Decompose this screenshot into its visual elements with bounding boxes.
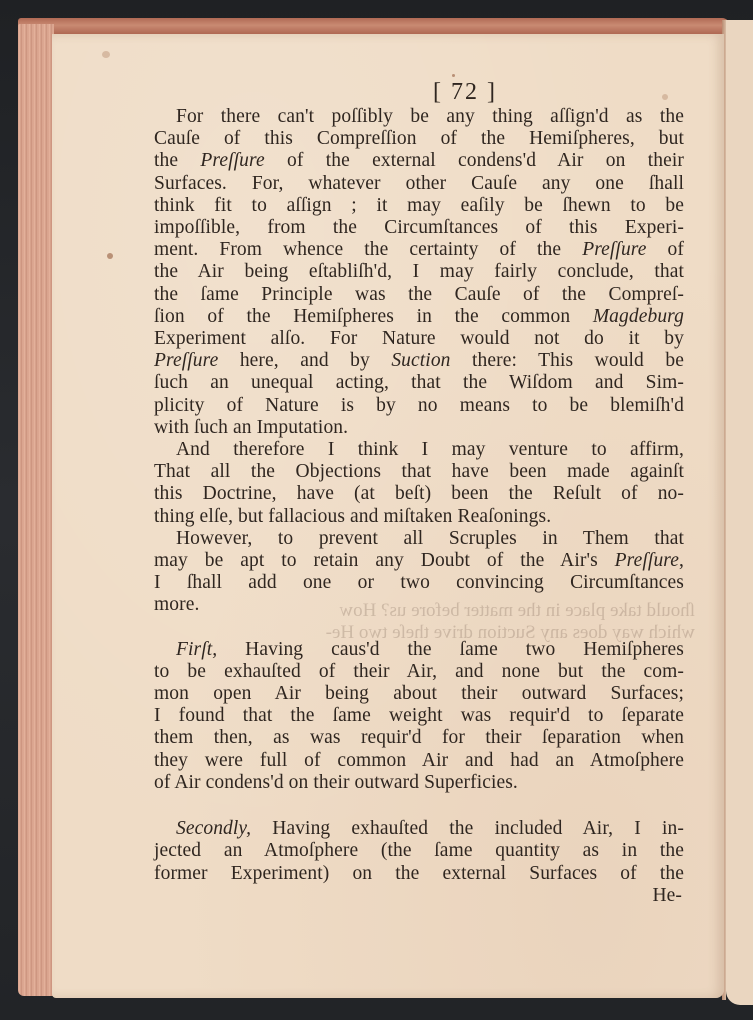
text-line: the ſame Principle was the Cauſe of the …: [154, 284, 684, 306]
italic-word: Preſſure: [154, 350, 218, 371]
text-line: For there can't poſſibly be any thing aſ…: [154, 106, 684, 128]
text-line: them then, as was requir'd for their ſep…: [154, 727, 684, 749]
text-line: mon open Air being about their outward S…: [154, 683, 684, 705]
text-line: of Air condens'd on their outward Superf…: [154, 772, 684, 794]
paragraph-gap: [154, 617, 684, 639]
text-line: However, to prevent all Scruples in Them…: [154, 528, 684, 550]
foxing-spot: [102, 51, 110, 58]
paragraph: And therefore I think I may venture to a…: [154, 439, 684, 528]
page-number: [ 72 ]: [246, 78, 684, 106]
text-line: And therefore I think I may venture to a…: [154, 439, 684, 461]
italic-word: Preſſure: [582, 239, 646, 260]
paragraph-gap: [154, 794, 684, 818]
text-line: thing elſe, but fallacious and miſtaken …: [154, 506, 684, 528]
text-line: former Experiment) on the external Surfa…: [154, 863, 684, 885]
text-line: to be exhauſted of their Air, and none b…: [154, 661, 684, 683]
text-line: with ſuch an Imputation.: [154, 417, 684, 439]
text-line: ſion of the Hemiſpheres in the common Ma…: [154, 306, 684, 328]
text-line: the Air being eſtabliſh'd, I may fairly …: [154, 261, 684, 283]
text-line: plicity of Nature is by no means to be b…: [154, 395, 684, 417]
text-line: they were full of common Air and had an …: [154, 750, 684, 772]
text-line: ment. From whence the certainty of the P…: [154, 239, 684, 261]
foxing-spot: [452, 74, 455, 77]
italic-word: Magdeburg: [593, 306, 684, 327]
italic-word: Preſſure: [615, 550, 679, 571]
text-line: I ſhall add one or two convincing Circum…: [154, 572, 684, 594]
text-line: Preſſure here, and by Suction there: Thi…: [154, 350, 684, 372]
foxing-spot: [107, 253, 113, 259]
text-line: may be apt to retain any Doubt of the Ai…: [154, 550, 684, 572]
page-text: [ 72 ] For there can't poſſibly be any t…: [154, 78, 684, 907]
text-line: more.: [154, 594, 684, 616]
text-line: think fit to aſſign ; it may eaſily be ſ…: [154, 195, 684, 217]
text-line: jected an Atmoſphere (the ſame quantity …: [154, 840, 684, 862]
scan-background: ſhould take place in the matter before u…: [0, 0, 753, 1020]
text-line-rest: Having caus'd the ſame two Hemiſpheres: [217, 639, 684, 660]
text-line: Experiment alſo. For Nature would not do…: [154, 328, 684, 350]
catchword: He-: [154, 885, 684, 907]
page-stack-left-edge: [18, 24, 54, 996]
italic-lead-word: Secondly,: [176, 818, 251, 839]
paragraph: However, to prevent all Scruples in Them…: [154, 528, 684, 617]
text-line-rest: Having exhauſted the included Air, I in-: [251, 818, 684, 839]
italic-word: Preſſure: [200, 150, 264, 171]
paragraph: Secondly, Having exhauſted the included …: [154, 818, 684, 885]
italic-word: Suction: [391, 350, 450, 371]
text-line: Firſt, Having caus'd the ſame two Hemiſp…: [154, 639, 684, 661]
text-line: impoſſible, from the Circumſtances of th…: [154, 217, 684, 239]
paragraph: For there can't poſſibly be any thing aſ…: [154, 106, 684, 439]
paragraph: Firſt, Having caus'd the ſame two Hemiſp…: [154, 639, 684, 794]
text-line: this Doctrine, have (at beſt) been the R…: [154, 483, 684, 505]
facing-page-edge: [726, 20, 753, 1005]
text-line: I found that the ſame weight was requir'…: [154, 705, 684, 727]
text-line: Cauſe of this Compreſſion of the Hemiſph…: [154, 128, 684, 150]
text-line: Surfaces. For, whatever other Cauſe any …: [154, 173, 684, 195]
text-line: the Preſſure of the external condens'd A…: [154, 150, 684, 172]
text-line: Secondly, Having exhauſted the included …: [154, 818, 684, 840]
italic-lead-word: Firſt,: [176, 639, 217, 660]
text-line: ſuch an unequal acting, that the Wiſdom …: [154, 372, 684, 394]
text-line: That all the Objections that have been m…: [154, 461, 684, 483]
